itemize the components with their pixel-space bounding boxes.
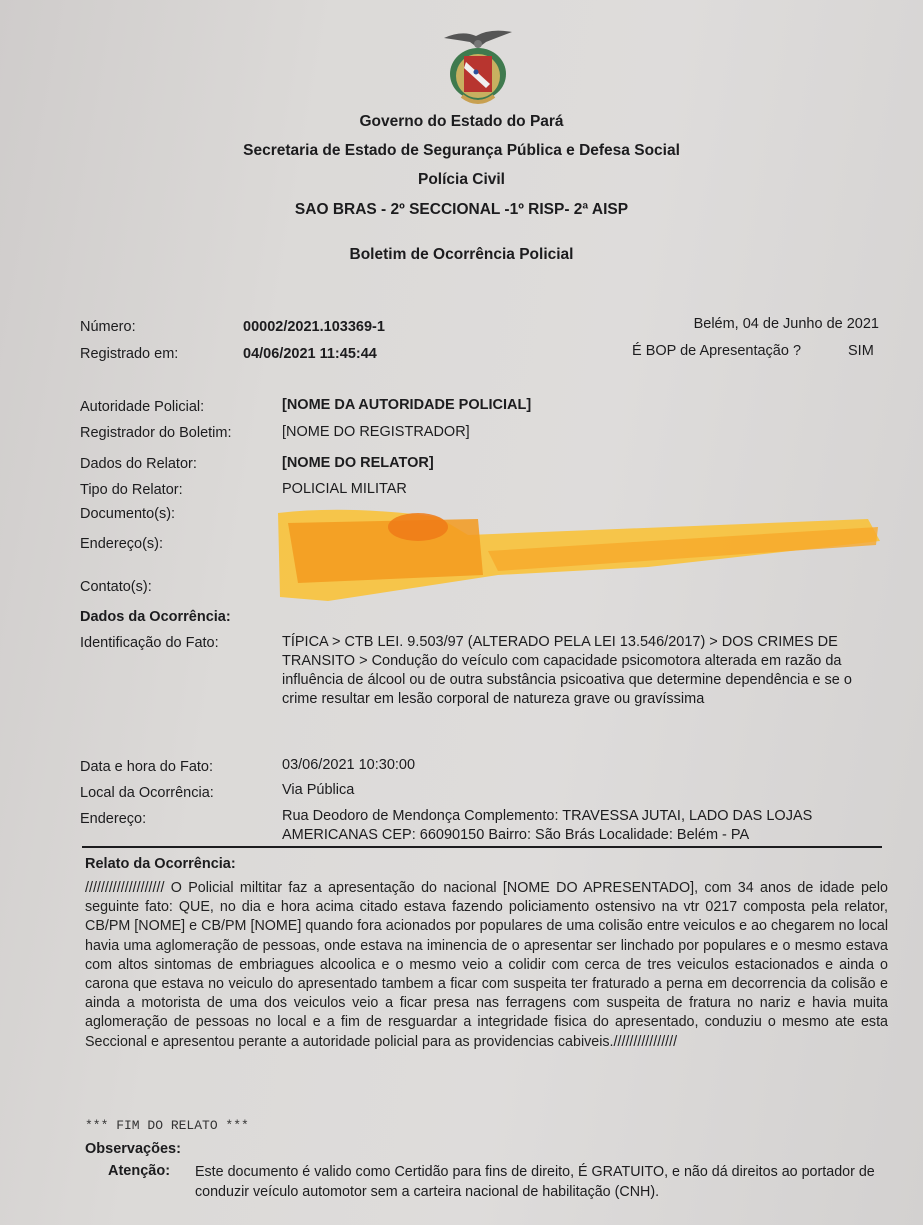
bop-label: É BOP de Apresentação ?: [632, 343, 801, 359]
relator-value: [NOME DO RELATOR]: [282, 455, 434, 471]
local-value: Via Pública: [282, 782, 354, 798]
atencao-label: Atenção:: [108, 1163, 170, 1179]
contato-label: Contato(s):: [80, 579, 152, 595]
atencao-text: Este documento é valido como Certidão pa…: [195, 1163, 885, 1202]
documento-label: Documento(s):: [80, 506, 175, 522]
relato-text: //////////////////// O Policial miltitar…: [85, 879, 888, 1052]
data-fato-value: 03/06/2021 10:30:00: [282, 757, 415, 773]
local-label: Local da Ocorrência:: [80, 785, 214, 801]
numero-value: 00002/2021.103369-1: [243, 319, 385, 335]
autoridade-label: Autoridade Policial:: [80, 399, 204, 415]
coat-of-arms-icon: [440, 22, 516, 108]
relator-label: Dados do Relator:: [80, 456, 197, 472]
identificacao-value: TÍPICA > CTB LEI. 9.503/97 (ALTERADO PEL…: [282, 633, 872, 709]
registrador-label: Registrador do Boletim:: [80, 425, 232, 441]
relato-section-title: Relato da Ocorrência:: [85, 856, 236, 872]
endereco-value: Rua Deodoro de Mendonça Complemento: TRA…: [282, 807, 852, 845]
header-unit: SAO BRAS - 2º SECCIONAL -1º RISP- 2ª AIS…: [0, 201, 923, 219]
registrado-value: 04/06/2021 11:45:44: [243, 346, 377, 362]
observacoes-title: Observações:: [85, 1141, 181, 1157]
endereco-relator-label: Endereço(s):: [80, 536, 163, 552]
bop-value: SIM: [848, 343, 874, 359]
numero-label: Número:: [80, 319, 136, 335]
header-government: Governo do Estado do Pará: [0, 113, 923, 131]
autoridade-value: [NOME DA AUTORIDADE POLICIAL]: [282, 397, 531, 413]
ocorrencia-section-title: Dados da Ocorrência:: [80, 609, 231, 625]
relato-end-marker: *** FIM DO RELATO ***: [85, 1118, 249, 1133]
tipo-relator-label: Tipo do Relator:: [80, 482, 183, 498]
place-date: Belém, 04 de Junho de 2021: [694, 316, 879, 332]
registrado-label: Registrado em:: [80, 346, 178, 362]
redaction-marker: [268, 505, 883, 605]
endereco-label: Endereço:: [80, 811, 146, 827]
document-title: Boletim de Ocorrência Policial: [0, 246, 923, 264]
header-police: Polícia Civil: [0, 171, 923, 189]
header-secretariat: Secretaria de Estado de Segurança Públic…: [0, 142, 923, 160]
data-fato-label: Data e hora do Fato:: [80, 759, 213, 775]
identificacao-label: Identificação do Fato:: [80, 635, 219, 651]
tipo-relator-value: POLICIAL MILITAR: [282, 481, 407, 497]
section-divider: [82, 846, 882, 848]
registrador-value: [NOME DO REGISTRADOR]: [282, 424, 470, 440]
police-report-page: Governo do Estado do Pará Secretaria de …: [0, 0, 923, 1225]
